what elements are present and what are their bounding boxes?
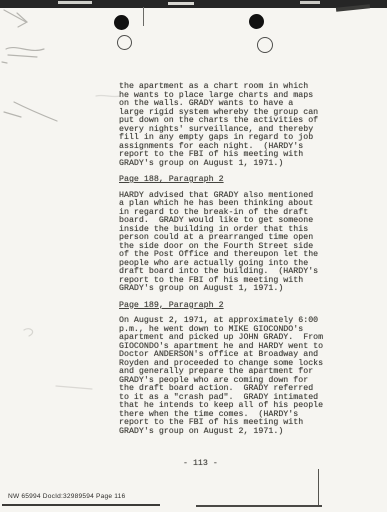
paragraph-continuation: the apartment as a chart room in which h… — [119, 83, 351, 168]
scan-band-gap — [58, 1, 92, 4]
scanned-document-page: the apartment as a chart room in which h… — [0, 0, 387, 512]
hole-punch-filled-right-icon — [249, 14, 264, 29]
scan-edge-artifact-bottom-right — [196, 505, 322, 507]
paragraph-page-188: HARDY advised that GRADY also mentioned … — [119, 192, 351, 294]
archive-release-stamp: NW 65994 DocId:32989594 Page 116 — [8, 493, 125, 500]
hole-punch-outline-left-icon — [117, 35, 132, 50]
section-heading-page-189: Page 189, Paragraph 2 — [119, 302, 351, 311]
hole-punch-outline-right-icon — [257, 37, 273, 53]
typewritten-text-block: the apartment as a chart room in which h… — [119, 83, 351, 436]
scan-edge-artifact-bottom-left — [2, 504, 160, 506]
section-heading-page-188: Page 188, Paragraph 2 — [119, 176, 351, 185]
page-number: - 113 - — [183, 459, 218, 468]
scan-line-artifact-top — [143, 7, 144, 26]
scan-line-artifact-bottom — [318, 469, 319, 507]
paragraph-page-189: On August 2, 1971, at approximately 6:00… — [119, 317, 351, 436]
scan-edge-artifact-top — [0, 0, 387, 8]
scan-band-gap — [300, 1, 320, 4]
hole-punch-filled-left-icon — [114, 15, 129, 30]
scan-band-gap — [168, 2, 194, 5]
